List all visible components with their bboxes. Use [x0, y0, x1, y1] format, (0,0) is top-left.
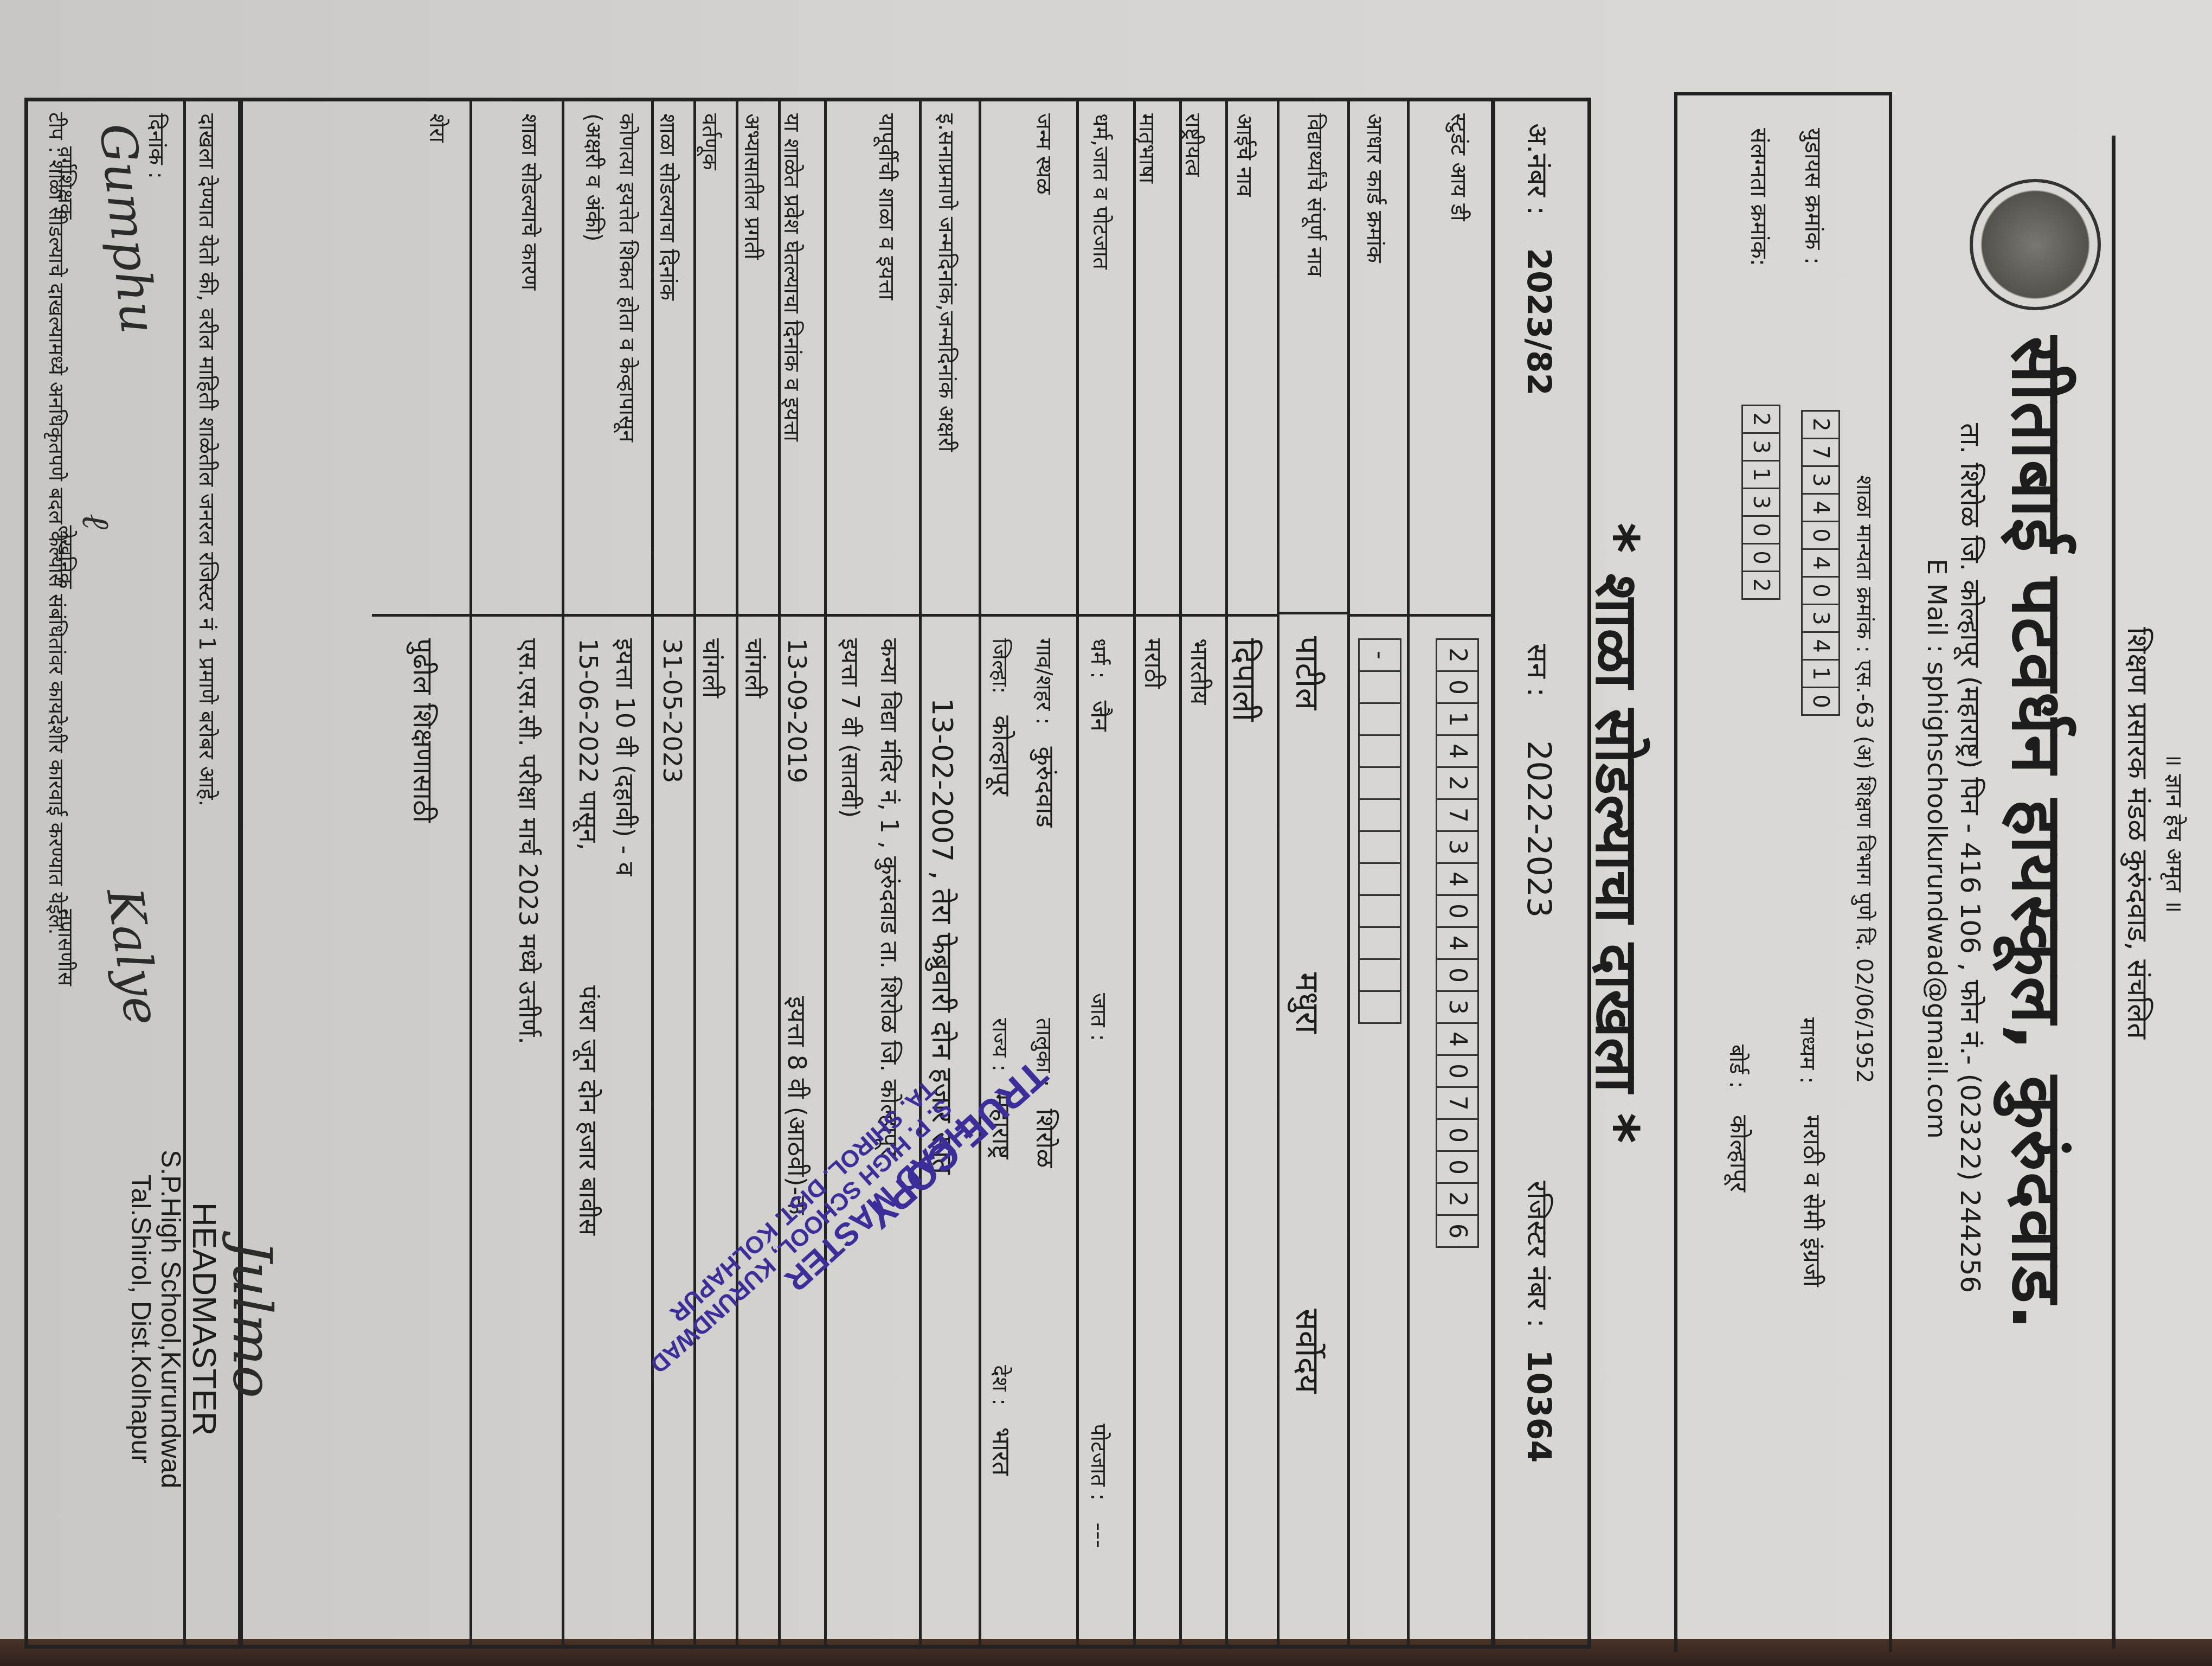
leaving-date-value: 31-05-2023	[654, 617, 693, 1645]
leaving-date-label: शाळा सोडल्याचा दिनांक	[654, 101, 693, 617]
studying-since-date: 15-06-2022 पासून,	[570, 638, 607, 942]
row-full-name: विद्यार्थ्यांचे संपूर्ण नाव पाटील मधुरा …	[1277, 101, 1347, 1645]
digit-box	[1360, 800, 1400, 832]
digit-box: 0	[1437, 672, 1477, 704]
country-label: देश :	[987, 1365, 1012, 1406]
row-leaving-date: शाळा सोडल्याचा दिनांक 31-05-2023	[651, 101, 693, 1645]
affiliation-label: संलग्नता क्रमांक:	[1744, 128, 1775, 266]
village-value: कुरुंदवाड	[1031, 747, 1060, 828]
previous-school-label: यापूर्वीची शाळा व इयत्ता	[827, 101, 919, 617]
row-remarks: शेरा पुढील शिक्षणासाठी	[372, 101, 470, 1645]
mother-name-label: आईचे नाव	[1228, 101, 1277, 617]
digit-box: 0	[1803, 522, 1838, 550]
surname: पाटील	[1287, 636, 1331, 972]
taluka-value: शिरोळ	[1031, 1109, 1060, 1168]
digit-box: 2	[1743, 572, 1779, 598]
digit-box: 0	[1437, 1120, 1477, 1152]
digit-box	[1360, 928, 1400, 960]
register-value: 10364	[1520, 1349, 1558, 1463]
digit-box: 4	[1437, 1024, 1477, 1056]
digit-box: 3	[1437, 992, 1477, 1024]
religion-label: धर्म :	[1086, 638, 1111, 679]
digit-box: 2	[1437, 1184, 1477, 1216]
conduct-label: वर्तणूक	[696, 101, 736, 617]
studying-since-words: पंधरा जून दोन हजार बावीस	[574, 985, 603, 1235]
digit-box: 3	[1803, 605, 1838, 633]
digit-box: 1	[1437, 704, 1477, 736]
digit-box: 0	[1803, 688, 1838, 714]
admission-value: 13-09-2019इयत्ता 8 वी (आठवी)-क	[781, 617, 824, 1645]
studying-since-label: कोणत्या इयत्तेत शिकत होता व केव्हापासून(…	[564, 101, 651, 617]
subcaste-label: पोटजात :	[1086, 1424, 1111, 1501]
school-emblem-icon	[1970, 179, 2101, 310]
headmaster-place: Tal.Shirol, Dist.Kolhapur	[126, 1150, 156, 1489]
digit-box: 2	[1437, 768, 1477, 800]
student-id-value: 2014273404034070026	[1410, 617, 1491, 1645]
digit-box	[1360, 992, 1400, 1022]
mother-tongue-value: मराठी	[1136, 617, 1179, 1645]
studying-since-label-line2: (अक्षरी व अंकी)	[576, 113, 610, 614]
first-name: मधुरा	[1287, 972, 1331, 1309]
digit-box	[1360, 832, 1400, 864]
digit-box: 3	[1803, 467, 1838, 495]
digit-box	[1360, 672, 1400, 704]
digit-box: 0	[1437, 960, 1477, 992]
mother-tongue-label: मातृभाषा	[1136, 101, 1179, 617]
digit-box: 7	[1437, 800, 1477, 832]
full-name-label: विद्यार्थ्यांचे संपूर्ण नाव	[1279, 101, 1347, 614]
digit-box: 3	[1437, 832, 1477, 864]
digit-box: 0	[1803, 578, 1838, 605]
digit-box: 0	[1743, 544, 1779, 572]
digit-box: 0	[1437, 1056, 1477, 1088]
digit-box: 7	[1803, 439, 1838, 467]
headmaster-signature-block: Julmo HEADMASTER S.P.High School,Kurundw…	[126, 1150, 282, 1489]
digit-box: 3	[1743, 434, 1779, 462]
checker-signature: Kalye	[95, 885, 171, 1029]
digit-box: 6	[1437, 1216, 1477, 1246]
digit-box: 2	[1437, 640, 1477, 672]
admission-label: या शाळेत प्रवेश घेतल्याचा दिनांक व इयत्त…	[781, 101, 824, 617]
father-name: सर्वोदय	[1287, 1309, 1331, 1645]
leaving-certificate-document: ॥ ज्ञान हेच अमृत ॥ शिक्षण प्रसारक मंडळ क…	[0, 0, 2212, 1666]
gr-label: अ.नंबर :	[1521, 123, 1553, 215]
caste-label: जात :	[1086, 993, 1111, 1041]
certificate-header-row: अ.नंबर :2023/82 सन :2022-2023 रजिस्टर नं…	[1491, 101, 1587, 1645]
dob-digits: 13-02-2007	[925, 698, 958, 862]
nationality-value: भारतीय	[1182, 617, 1225, 1645]
digit-box: 3	[1743, 489, 1779, 517]
religion-value: जैन	[1085, 701, 1113, 732]
progress-label: अभ्यासातील प्रगती	[738, 101, 778, 617]
religion-caste-value: धर्म :जैन जात : पोटजात :---	[1079, 617, 1133, 1645]
digit-box	[1360, 768, 1400, 800]
studying-standard: इयत्ता 10 वी (दहावी) - व	[607, 638, 644, 1645]
digit-box: 1	[1743, 462, 1779, 489]
subcaste-value: ---	[1085, 1522, 1113, 1548]
row-progress: अभ्यासातील प्रगती चांगली	[736, 101, 778, 1645]
board-label: बोर्ड :	[1724, 1045, 1753, 1088]
birthplace-label: जन्म स्थळ	[981, 101, 1076, 617]
medium-value: मराठी व सेमी इंग्रजी	[1797, 1115, 1829, 1287]
district-label: जिल्हा:	[987, 638, 1012, 694]
affiliation-digit-boxes: 2313002	[1741, 405, 1780, 600]
reason-value: एस.एस.सी. परीक्षा मार्च 2023 मध्ये उत्ती…	[472, 617, 562, 1645]
digit-box: 4	[1803, 633, 1838, 661]
row-reason: शाळा सोडल्याचे कारण एस.एस.सी. परीक्षा मा…	[470, 101, 562, 1645]
mother-name-value: दिपाली	[1228, 617, 1277, 1645]
digit-box: 4	[1437, 736, 1477, 768]
session: सन :2022-2023	[1519, 644, 1558, 918]
aadhaar-label: आधार कार्ड क्रमांक	[1350, 101, 1407, 617]
state-label: राज्य :	[987, 1018, 1012, 1072]
digit-box: 4	[1803, 550, 1838, 578]
digit-box: 2	[1803, 412, 1838, 439]
register-number: रजिस्टर नंबर :10364	[1519, 1181, 1558, 1463]
row-mother-tongue: मातृभाषा मराठी	[1133, 101, 1179, 1645]
row-dob: इ.सनाप्रमाणे जन्मदिनांक,जन्मदिनांक अक्षर…	[919, 101, 979, 1645]
session-value: 2022-2023	[1520, 740, 1558, 918]
remarks-label: शेरा	[372, 101, 470, 617]
digit-box	[1360, 736, 1400, 768]
digit-box: 4	[1437, 928, 1477, 960]
managing-society: शिक्षण प्रसारक मंडळ कुरुंदवाड, संचलित	[2119, 0, 2158, 1666]
recognition-number: शाळा मान्यता क्रमांक : एस.-63 (अ) शिक्षण…	[1850, 475, 1880, 1083]
studying-since-label-line1: कोणत्या इयत्तेत शिकत होता व केव्हापासून	[610, 113, 644, 614]
certificate-title: * शाळा सोडल्याचा दाखला *	[1579, 0, 1659, 1666]
gr-value: 2023/82	[1520, 248, 1558, 395]
village-label: गाव/शहर :	[1031, 638, 1056, 725]
motto: ॥ ज्ञान हेच अमृत ॥	[2159, 0, 2190, 1666]
school-info-box: शाळा मान्यता क्रमांक : एस.-63 (अ) शिक्षण…	[1674, 92, 1892, 1652]
udise-label: युडायस क्रमांक :	[1798, 128, 1829, 265]
digit-box: 7	[1437, 1088, 1477, 1120]
digit-box: 1	[1803, 661, 1838, 688]
digit-box: 4	[1437, 864, 1477, 896]
admission-date: 13-09-2019	[782, 638, 812, 953]
school-name: सीताबाई पटवर्धन हायस्कूल, कुरुंदवाड.	[1992, 336, 2087, 1331]
gr-number: अ.नंबर :2023/82	[1519, 123, 1558, 396]
digit-box: 0	[1743, 517, 1779, 544]
footer-note: टीप : शाळा सोडल्याचे दाखल्यामध्ये अनधिकृ…	[24, 98, 84, 1649]
row-conduct: वर्तणूक चांगली	[693, 101, 736, 1645]
digit-box: 4	[1803, 495, 1838, 522]
digit-box	[1360, 960, 1400, 992]
headmaster-signature: Julmo	[222, 1150, 282, 1489]
student-id-digit-boxes: 2014273404034070026	[1436, 638, 1479, 1248]
conduct-value: चांगली	[696, 617, 736, 1645]
religion-caste-label: धर्म,जात व पोटजात	[1079, 101, 1133, 617]
reason-label: शाळा सोडल्याचे कारण	[472, 101, 562, 617]
header-divider	[2112, 136, 2115, 1649]
student-id-label: स्टुडंट आय डी	[1410, 101, 1491, 617]
row-student-id: स्टुडंट आय डी 2014273404034070026	[1407, 101, 1491, 1645]
row-mother-name: आईचे नाव दिपाली	[1225, 101, 1277, 1645]
country-value: भारत	[987, 1427, 1016, 1476]
dob-label: इ.सनाप्रमाणे जन्मदिनांक,जन्मदिनांक अक्षर…	[922, 101, 979, 617]
full-name-value: पाटील मधुरा सर्वोदय	[1279, 614, 1347, 1645]
row-birthplace: जन्म स्थळ गाव/शहर :कुरुंदवाडतालुका :शिरो…	[979, 101, 1076, 1645]
headmaster-title: HEADMASTER	[185, 1150, 222, 1489]
digit-box: 0	[1437, 896, 1477, 928]
medium-label: माध्यम :	[1794, 1017, 1824, 1084]
row-religion-caste: धर्म,जात व पोटजात धर्म :जैन जात : पोटजात…	[1076, 101, 1133, 1645]
row-previous-school: यापूर्वीची शाळा व इयत्ता कन्या विद्या मं…	[824, 101, 919, 1645]
headmaster-school: S.P.High School,Kurundwad	[156, 1150, 185, 1489]
aadhaar-digit-boxes: -	[1358, 638, 1401, 1024]
district-value: कोल्हापूर	[987, 715, 1016, 796]
digit-box	[1360, 704, 1400, 736]
row-nationality: राष्ट्रीयत्व भारतीय	[1179, 101, 1225, 1645]
progress-value: चांगली	[738, 617, 778, 1645]
digit-box	[1360, 864, 1400, 896]
row-admission: या शाळेत प्रवेश घेतल्याचा दिनांक व इयत्त…	[778, 101, 824, 1645]
digit-box	[1360, 896, 1400, 928]
board-value: कोल्हापूर	[1724, 1115, 1756, 1192]
row-studying-since: कोणत्या इयत्तेत शिकत होता व केव्हापासून(…	[562, 101, 651, 1645]
digit-box: 2	[1743, 406, 1779, 434]
school-email: E Mail : sphighschoolkurundwad@gmail.com	[1921, 559, 1952, 1139]
udise-digit-boxes: 27340403410	[1801, 410, 1840, 716]
studying-since-value: इयत्ता 10 वी (दहावी) - व 15-06-2022 पासू…	[564, 617, 651, 1645]
nationality-label: राष्ट्रीयत्व	[1182, 101, 1225, 617]
digit-box: 0	[1437, 1152, 1477, 1184]
school-address: ता. शिरोळ जि. कोल्हापूर (महाराष्ट्र) पिन…	[1953, 423, 1990, 1293]
field-rows: स्टुडंट आय डी 2014273404034070026 आधार क…	[372, 101, 1491, 1645]
row-aadhaar: आधार कार्ड क्रमांक -	[1347, 101, 1407, 1645]
remarks-value: पुढील शिक्षणासाठी	[372, 617, 470, 1645]
session-label: सन :	[1521, 644, 1553, 697]
aadhaar-value: -	[1350, 617, 1407, 1645]
digit-box: -	[1360, 640, 1400, 672]
register-label: रजिस्टर नंबर :	[1521, 1181, 1553, 1328]
